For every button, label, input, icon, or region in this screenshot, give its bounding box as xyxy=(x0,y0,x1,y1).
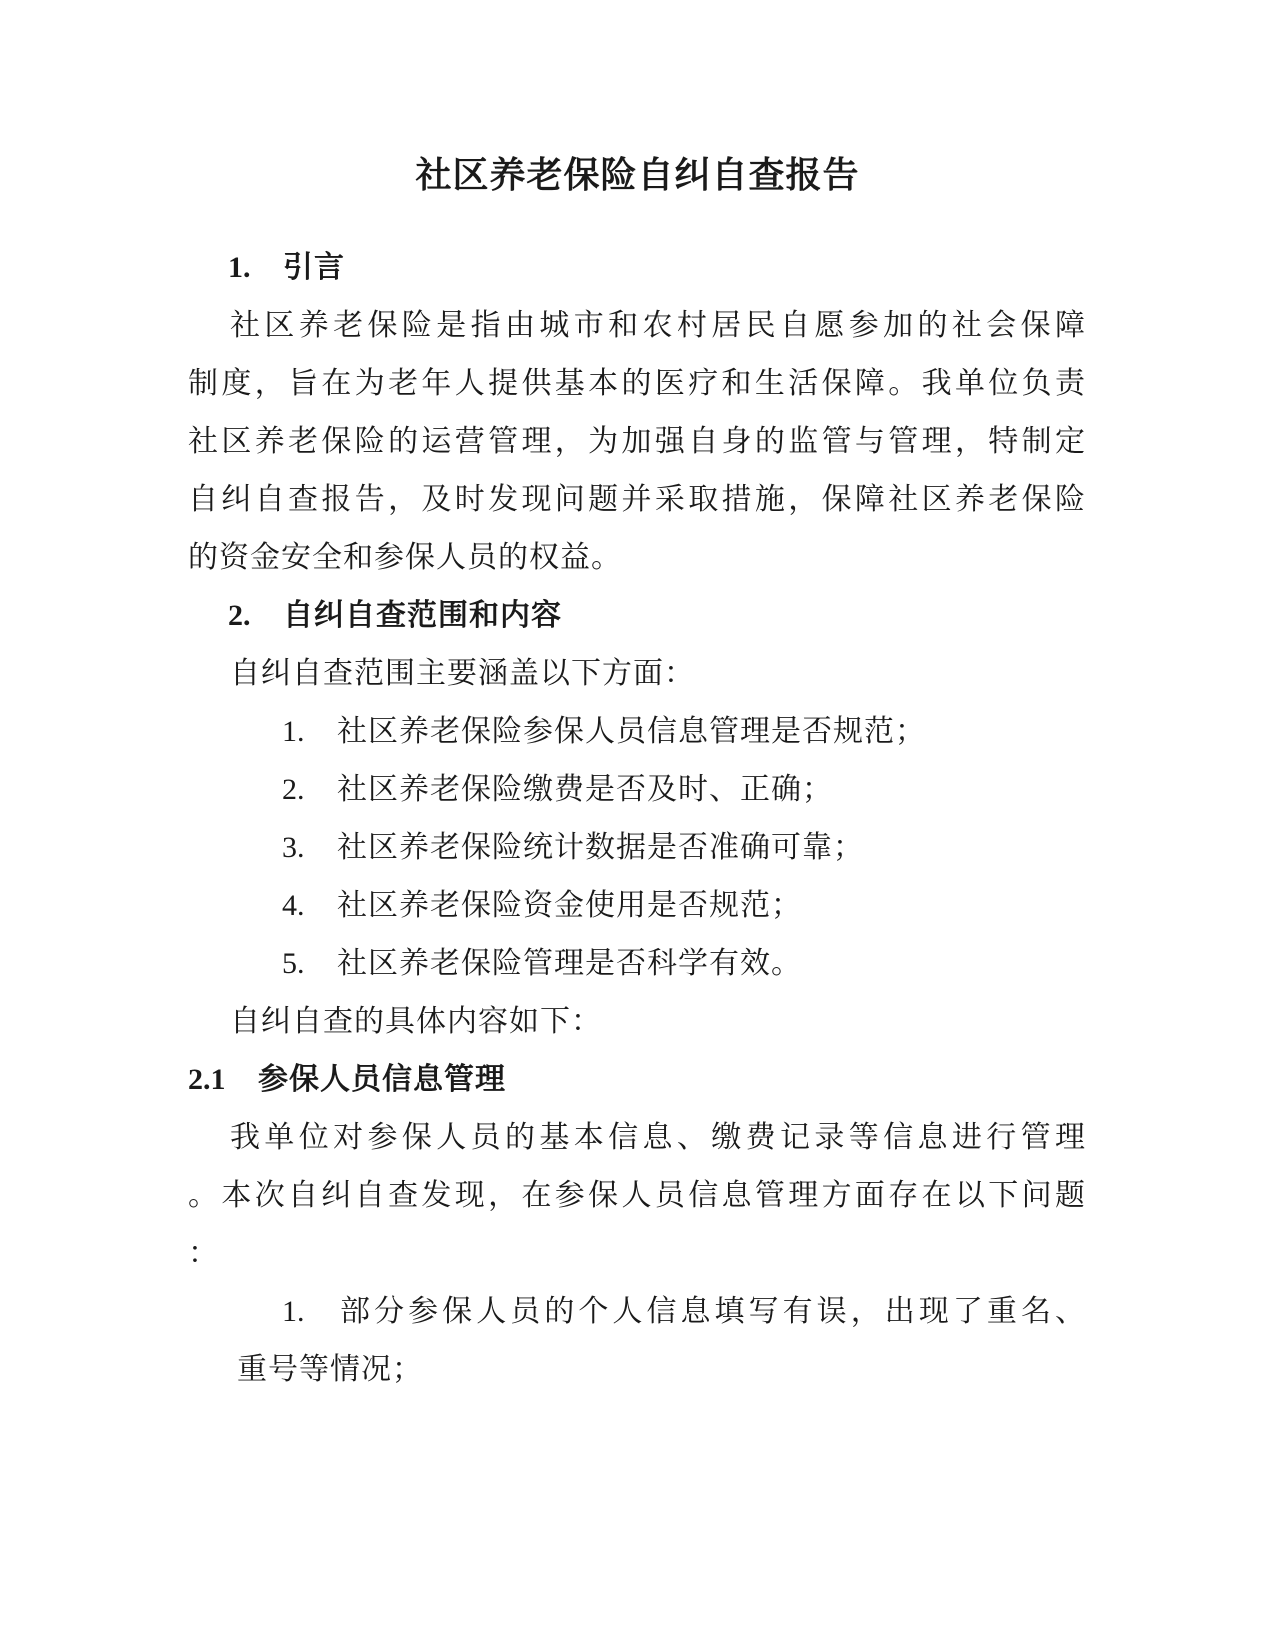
scope-list-item: 4.社区养老保险资金使用是否规范； xyxy=(188,877,1086,935)
section-2-number: 2. xyxy=(228,587,283,645)
list-item-number: 4. xyxy=(282,877,337,935)
section-2-outro: 自纠自查的具体内容如下： xyxy=(188,993,1086,1051)
scope-list-item: 3.社区养老保险统计数据是否准确可靠； xyxy=(188,819,1086,877)
section-1-heading: 1.引言 xyxy=(188,239,1086,297)
section-2-1-paragraph-line: 我单位对参保人员的基本信息、缴费记录等信息进行管理 xyxy=(188,1109,1086,1167)
document-title: 社区养老保险自纠自查报告 xyxy=(0,146,1275,204)
section-1-paragraph-line: 的资金安全和参保人员的权益。 xyxy=(188,529,1086,587)
scope-list-item: 1.社区养老保险参保人员信息管理是否规范； xyxy=(188,703,1086,761)
list-item-number: 2. xyxy=(282,761,337,819)
document-body: 1.引言 社区养老保险是指由城市和农村居民自愿参加的社会保障 制度，旨在为老年人… xyxy=(188,239,1086,1399)
list-item-text: 社区养老保险资金使用是否规范； xyxy=(337,889,802,922)
issue-list-item: 1.部分参保人员的个人信息填写有误，出现了重名、 xyxy=(188,1283,1086,1341)
list-item-text: 社区养老保险参保人员信息管理是否规范； xyxy=(337,715,926,748)
scope-list-item: 5.社区养老保险管理是否科学有效。 xyxy=(188,935,1086,993)
list-item-number: 1. xyxy=(282,703,337,761)
section-2-1-number: 2.1 xyxy=(188,1051,258,1109)
section-1-number: 1. xyxy=(228,239,283,297)
document-page: 社区养老保险自纠自查报告 1.引言 社区养老保险是指由城市和农村居民自愿参加的社… xyxy=(0,0,1275,1650)
list-item-text: 社区养老保险缴费是否及时、正确； xyxy=(337,773,833,806)
list-item-text: 社区养老保险统计数据是否准确可靠； xyxy=(337,831,864,864)
section-1-paragraph-line: 制度，旨在为老年人提供基本的医疗和生活保障。我单位负责 xyxy=(188,355,1086,413)
section-2-heading-text: 自纠自查范围和内容 xyxy=(283,599,562,632)
list-item-text: 部分参保人员的个人信息填写有误，出现了重名、 xyxy=(337,1295,1086,1328)
list-item-number: 1. xyxy=(282,1283,337,1341)
section-2-1-paragraph-line: 。本次自纠自查发现，在参保人员信息管理方面存在以下问题 xyxy=(188,1167,1086,1225)
list-item-number: 5. xyxy=(282,935,337,993)
scope-list-item: 2.社区养老保险缴费是否及时、正确； xyxy=(188,761,1086,819)
section-1-heading-text: 引言 xyxy=(283,251,345,284)
section-2-heading: 2.自纠自查范围和内容 xyxy=(188,587,1086,645)
section-1-paragraph-line: 社区养老保险是指由城市和农村居民自愿参加的社会保障 xyxy=(188,297,1086,355)
section-2-1-paragraph-line: ： xyxy=(188,1225,1086,1283)
section-1-paragraph-line: 自纠自查报告，及时发现问题并采取措施，保障社区养老保险 xyxy=(188,471,1086,529)
section-2-1-heading: 2.1参保人员信息管理 xyxy=(188,1051,1086,1109)
list-item-text: 社区养老保险管理是否科学有效。 xyxy=(337,947,802,980)
section-2-1-heading-text: 参保人员信息管理 xyxy=(258,1063,506,1096)
issue-list-item-continuation: 重号等情况； xyxy=(188,1341,1086,1399)
section-2-intro: 自纠自查范围主要涵盖以下方面： xyxy=(188,645,1086,703)
list-item-number: 3. xyxy=(282,819,337,877)
section-1-paragraph-line: 社区养老保险的运营管理，为加强自身的监管与管理，特制定 xyxy=(188,413,1086,471)
